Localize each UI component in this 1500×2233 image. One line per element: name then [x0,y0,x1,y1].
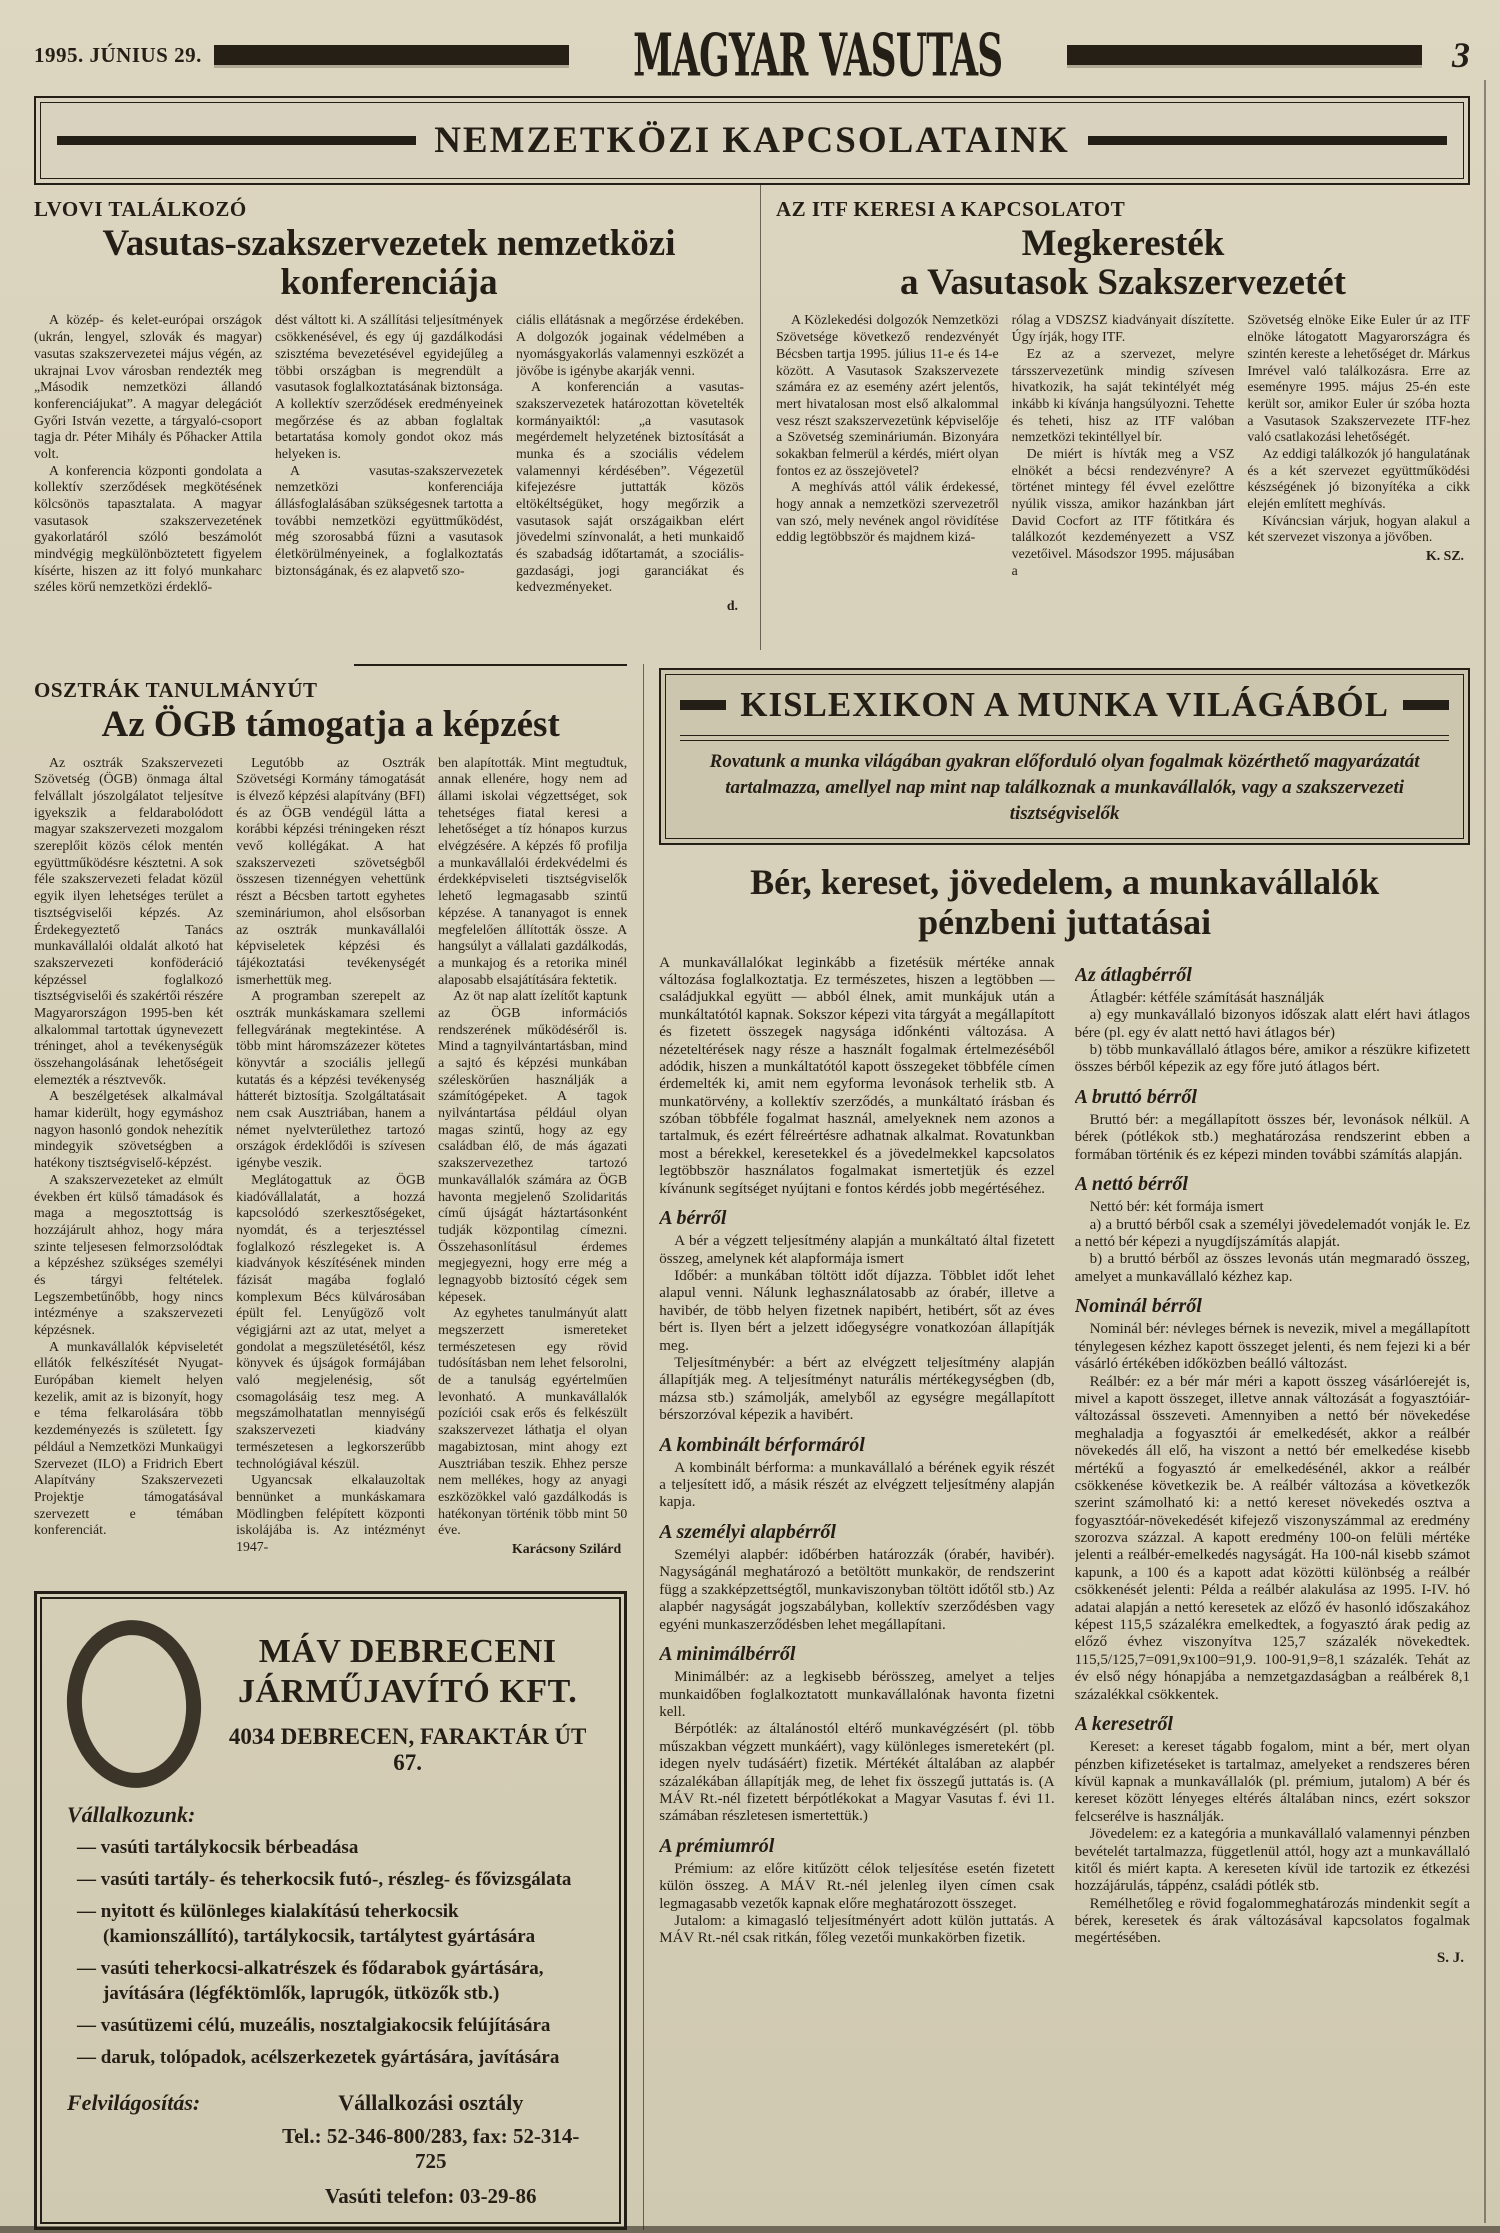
ad-service-item: — vasúti tartály- és teherkocsik futó-, … [67,1867,594,1892]
paragraph: Prémium: az előre kitűzött célok teljesí… [659,1861,1054,1913]
masthead-rule-right [1067,45,1422,65]
paragraph: Remélhetőleg e rövid fogalommeghatározás… [1075,1896,1470,1948]
kislexikon-headline: Bér, kereset, jövedelem, a munkavállalók… [659,863,1470,942]
page-header: 1995. JÚNIUS 29. MAGYAR VASUTAS 3 [34,26,1470,84]
paragraph: A vasutas-szakszervezetek nemzetközi kon… [275,463,503,580]
ad-title-block: MÁV DEBRECENI JÁRMŰJAVÍTÓ KFT. 4034 DEBR… [221,1632,594,1776]
paragraph: ciális ellátásnak a megőrzése érdekében.… [516,312,744,379]
paragraph: b) a bruttó bérből az összes levonás utá… [1075,1251,1470,1286]
signature: S. J. [1075,1950,1464,1967]
article-columns: Az osztrák Szakszervezeti Szövetség (ÖGB… [34,755,627,1575]
kislexikon-column: A munkavállalókat leginkább a fizetésük … [659,955,1054,2207]
article-column: rólag a VDSZSZ kiadványait díszítette. Ú… [1012,312,1235,650]
kislexikon-intro: Rovatunk a munka világában gyakran előfo… [680,749,1449,826]
signature: d. [516,598,738,615]
subhead: A minimálbérről [659,1643,1054,1666]
paragraph: Ugyancsak elkalauzoltak bennünket a munk… [236,1472,425,1555]
paragraph: Az egyhetes tanulmányút alatt megszerzet… [438,1305,627,1539]
paragraph: Bérpótlék: az általánostól eltérő munkav… [659,1721,1054,1825]
advertisement-mav-debrecen: MÁV DEBRECENI JÁRMŰJAVÍTÓ KFT. 4034 DEBR… [34,1591,627,2231]
paragraph: A munkavállalókat leginkább a fizetésük … [659,955,1054,1198]
paragraph: dést váltott ki. A szállítási teljesítmé… [275,312,503,462]
ad-phone-fax: Tel.: 52-346-800/283, fax: 52-314-725 [267,2124,594,2174]
ad-services-label: Vállalkozunk: [67,1802,594,1828]
paragraph: A munkavállalók képviseletét ellátók fel… [34,1339,223,1539]
paragraph: Jutalom: a kimagasló teljesítményért ado… [659,1913,1054,1948]
paragraph: Az öt nap alatt ízelítőt kaptunk az ÖGB … [438,988,627,1305]
paragraph: Az osztrák Szakszervezeti Szövetség (ÖGB… [34,755,223,1089]
paragraph: Szövetség elnöke Eike Euler úr az ITF el… [1247,312,1470,446]
ad-contact-block: Vállalkozási osztály Tel.: 52-346-800/28… [267,2090,594,2209]
paragraph: rólag a VDSZSZ kiadványait díszítette. Ú… [1012,312,1235,345]
subhead: A személyi alapbérről [659,1521,1054,1544]
page-number: 3 [1434,34,1470,76]
section-banner: NEMZETKÖZI KAPCSOLATAINK [34,96,1470,185]
article-headline: Vasutas-szakszervezetek nemzetközi konfe… [34,224,744,302]
paragraph: Kereset: a kereset tágabb fogalom, mint … [1075,1739,1470,1826]
paragraph: A Közlekedési dolgozók Nemzetközi Szövet… [776,312,999,479]
paragraph: A konferencián a vasutas-szakszervezetek… [516,379,744,596]
subhead: A bérről [659,1207,1054,1230]
ad-address: 4034 DEBRECEN, FARAKTÁR ÚT 67. [221,1724,594,1776]
paragraph: Minimálbér: az a legkisebb bérösszeg, am… [659,1669,1054,1721]
paragraph: Személyi alapbér: időbérben határozzák (… [659,1547,1054,1634]
ad-service-item: — vasúti tartálykocsik bérbeadása [67,1835,594,1860]
article-headline: Megkeresték a Vasutasok Szakszervezetét [776,224,1470,302]
article-ogb: OSZTRÁK TANULMÁNYÚT Az ÖGB támogatja a k… [34,666,627,1574]
paragraph: Nominál bér: névleges bérnek is nevezik,… [1075,1321,1470,1373]
mav-jarmujavito-logo-icon [61,1615,206,1792]
article-lvov: LVOVI TALÁLKOZÓ Vasutas-szakszervezetek … [34,185,744,650]
article-column: ciális ellátásnak a megőrzése érdekében.… [516,312,744,650]
paragraph: A kombinált bérforma: a munkavállaló a b… [659,1460,1054,1512]
paragraph: A meghívás attól válik érdekessé, hogy a… [776,479,999,546]
paragraph: Legutóbb az Osztrák Szövetségi Kormány t… [236,755,425,989]
signature: K. SZ. [1247,548,1464,565]
kislexikon-banner-inner: KISLEXIKON A MUNKA VILÁGÁBÓL Rovatunk a … [665,674,1464,839]
article-column: A Közlekedési dolgozók Nemzetközi Szövet… [776,312,999,650]
subhead: A keresetről [1075,1713,1470,1736]
article-column: Szövetség elnöke Eike Euler úr az ITF el… [1247,312,1470,650]
ad-service-item: — daruk, tolópadok, acélszerkezetek gyár… [67,2045,594,2070]
paragraph: Ez az a szervezet, melyre társszervezetü… [1012,346,1235,446]
paragraph: De miért is hívták meg a VSZ elnökét a b… [1012,446,1235,580]
subhead: Az átlagbérről [1075,964,1470,987]
kislexikon-section: KISLEXIKON A MUNKA VILÁGÁBÓL Rovatunk a … [643,664,1470,2230]
kislexikon-column: Az átlagbérrőlÁtlagbér: kétféle számítás… [1075,955,1470,2207]
top-articles-row: LVOVI TALÁLKOZÓ Vasutas-szakszervezetek … [34,185,1470,650]
paragraph: Átlagbér: kétféle számítását használják [1075,990,1470,1007]
paragraph: Meglátogattuk az ÖGB kiadóvállalatát, a … [236,1172,425,1472]
subhead: A bruttó bérről [1075,1086,1470,1109]
paragraph: A szakszervezeteket az elmúlt években ér… [34,1172,223,1339]
subhead: A kombinált bérformáról [659,1434,1054,1457]
article-column: Legutóbb az Osztrák Szövetségi Kormány t… [236,755,425,1575]
kislexikon-rule-right [1403,700,1449,710]
kislexikon-title-row: KISLEXIKON A MUNKA VILÁGÁBÓL [680,685,1449,725]
paragraph: ben alapították. Mint megtudtuk, annak e… [438,755,627,989]
paragraph: Nettó bér: két formája ismert [1075,1199,1470,1216]
ad-header: MÁV DEBRECENI JÁRMŰJAVÍTÓ KFT. 4034 DEBR… [67,1620,594,1788]
article-headline: Az ÖGB támogatja a képzést [34,705,627,744]
article-kicker: OSZTRÁK TANULMÁNYÚT [34,678,627,703]
middle-row: OSZTRÁK TANULMÁNYÚT Az ÖGB támogatja a k… [34,664,1470,2230]
article-itf: AZ ITF KERESI A KAPCSOLATOT Megkeresték … [760,185,1470,650]
banner-rule-left [57,136,416,145]
ad-service-item: — vasútüzemi célú, muzeális, nosztalgiak… [67,2013,594,2038]
paragraph: b) több munkavállaló átlagos bére, amiko… [1075,1042,1470,1077]
article-columns: A közép- és kelet-európai országok (ukrá… [34,312,744,650]
section-title: NEMZETKÖZI KAPCSOLATAINK [434,119,1070,162]
masthead-title: MAGYAR VASUTAS [633,26,1002,85]
masthead-rule-left [214,45,569,65]
kislexikon-rule-left [680,700,726,710]
kislexikon-divider [680,735,1449,741]
article-column: Az osztrák Szakszervezeti Szövetség (ÖGB… [34,755,223,1575]
ad-info-label: Felvilágosítás: [67,2090,267,2116]
paragraph: a) egy munkavállaló bizonyos időszak ala… [1075,1007,1470,1042]
paragraph: A beszélgetések alkalmával hamar kiderül… [34,1088,223,1171]
kislexikon-title: KISLEXIKON A MUNKA VILÁGÁBÓL [740,685,1389,725]
paragraph: Kíváncsian várjuk, hogyan alakul a két s… [1247,513,1470,546]
newspaper-page: 1995. JÚNIUS 29. MAGYAR VASUTAS 3 NEMZET… [0,0,1500,2233]
paragraph: Időbér: a munkában töltött időt díjazza.… [659,1268,1054,1355]
paragraph: Reálbér: ez a bér már méri a kapott össz… [1075,1374,1470,1704]
article-column: A közép- és kelet-európai országok (ukrá… [34,312,262,650]
signature: Karácsony Szilárd [438,1541,621,1558]
issue-date: 1995. JÚNIUS 29. [34,43,202,68]
ad-services-list: — vasúti tartálykocsik bérbeadása— vasút… [67,1835,594,2071]
article-kicker: AZ ITF KERESI A KAPCSOLATOT [776,197,1470,222]
banner-rule-right [1088,136,1447,145]
ad-footer: Felvilágosítás: Vállalkozási osztály Tel… [67,2090,594,2209]
kislexikon-banner: KISLEXIKON A MUNKA VILÁGÁBÓL Rovatunk a … [659,668,1470,845]
subhead: A prémiumról [659,1835,1054,1858]
article-columns: A Közlekedési dolgozók Nemzetközi Szövet… [776,312,1470,650]
subhead: A nettó bérről [1075,1173,1470,1196]
paragraph: Jövedelem: ez a kategória a munkavállaló… [1075,1826,1470,1896]
paragraph: Az eddigi találkozók jó hangulatának és … [1247,446,1470,513]
ad-department: Vállalkozási osztály [267,2090,594,2116]
ad-service-item: — vasúti teherkocsi-alkatrészek és fődar… [67,1956,594,2006]
paragraph: A konferencia központi gondolata a kolle… [34,463,262,597]
paragraph: a) a bruttó bérből csak a személyi jöved… [1075,1217,1470,1252]
paragraph: A programban szerepelt az osztrák munkás… [236,988,425,1172]
article-column: dést váltott ki. A szállítási teljesítmé… [275,312,503,650]
paragraph: Bruttó bér: a megállapított összes bér, … [1075,1112,1470,1164]
kislexikon-columns: A munkavállalókat leginkább a fizetésük … [659,955,1470,2207]
ad-company-name: MÁV DEBRECENI JÁRMŰJAVÍTÓ KFT. [221,1632,594,1712]
section-banner-inner: NEMZETKÖZI KAPCSOLATAINK [40,102,1464,179]
article-kicker: LVOVI TALÁLKOZÓ [34,197,744,222]
ad-service-item: — nyitott és különleges kialakítású tehe… [67,1899,594,1949]
paragraph: A bér a végzett teljesítmény alapján a m… [659,1233,1054,1268]
paragraph: Teljesítménybér: a bért az elvégzett tel… [659,1355,1054,1425]
ad-rail-phone: Vasúti telefon: 03-29-86 [267,2184,594,2209]
left-column-stack: OSZTRÁK TANULMÁNYÚT Az ÖGB támogatja a k… [34,664,627,2230]
paragraph: A közép- és kelet-európai országok (ukrá… [34,312,262,462]
article-column: ben alapították. Mint megtudtuk, annak e… [438,755,627,1575]
subhead: Nominál bérről [1075,1295,1470,1318]
